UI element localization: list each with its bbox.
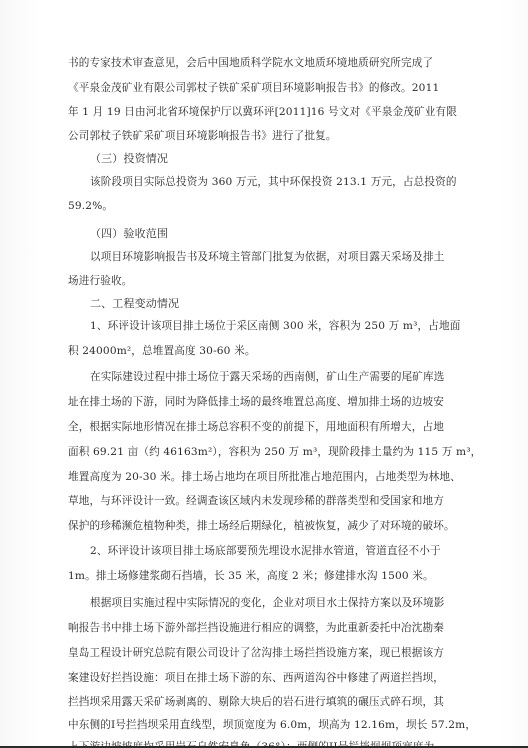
body-line: 书的专家技术审查意见，会后中国地质科学院水文地质环境地质研究所完成了 bbox=[68, 56, 438, 70]
body-line: 在实际建设过程中排土场位于露天采场的西南侧，矿山生产需要的尾矿库选 bbox=[90, 370, 460, 384]
body-line: 拦挡坝采用露天采矿场剥离的、剔除大块后的岩石进行填筑的碾压式碎石坝，其 bbox=[68, 695, 438, 709]
body-line: 址在排土场的下游，同时为降低排土场的最终堆置总高度、增加排土场的边坡安 bbox=[68, 395, 438, 409]
body-line: 公司郭杖子铁矿采矿项目环境影响报告书》进行了批复。 bbox=[68, 129, 438, 143]
section-heading-changes: 二、工程变动情况 bbox=[90, 297, 460, 311]
body-line: 1、环评设计该项目排土场位于采区南侧 300 米，容积为 250 万 m³，占地… bbox=[90, 319, 460, 333]
section-heading-scope: （四）验收范围 bbox=[90, 227, 460, 241]
body-line: 1m。排土场修建浆砌石挡墙，长 35 米，高度 2 米；修建排水沟 1500 米… bbox=[68, 569, 438, 583]
body-line: 以项目环境影响报告书及环境主管部门批复为依据，对项目露天采场及排土 bbox=[90, 250, 460, 264]
body-line: 《平泉金茂矿业有限公司郭杖子铁矿采矿项目环境影响报告书》的修改。2011 bbox=[68, 81, 438, 95]
body-line: 全，根据实际地形情况在排土场总容积不变的前提下，用地面积有所增大，占地 bbox=[68, 420, 438, 434]
body-line: 2、环评设计该项目排土场底部要预先埋设水泥排水管道，管道直径不小于 bbox=[90, 544, 460, 558]
body-line: 该阶段项目实际总投资为 360 万元，其中环保投资 213.1 万元，占总投资的 bbox=[90, 175, 460, 189]
body-line: 59.2%。 bbox=[68, 199, 438, 213]
body-line: 积 24000m²，总堆置高度 30-60 米。 bbox=[68, 344, 438, 358]
body-line: 皇岛工程设计研究总院有限公司设计了岔沟排土场拦挡设施方案，现已根据该方 bbox=[68, 646, 438, 660]
body-line: 场进行验收。 bbox=[68, 274, 438, 288]
body-line: 根据项目实施过程中实际情况的变化，企业对项目水土保持方案以及环境影 bbox=[90, 596, 460, 610]
body-line: 年 1 月 19 日由河北省环境保护厅以冀环评[2011]16 号文对《平泉金茂… bbox=[68, 105, 438, 119]
body-line: 响报告书中排土场下游外部拦挡设施进行相应的调整，为此重新委托中冶沈勘秦 bbox=[68, 621, 438, 635]
body-line: 中东侧的I号拦挡坝采用直线型，坝顶宽度为 6.0m，坝高为 12.16m，坝长 … bbox=[68, 718, 438, 732]
body-line: 面积 69.21 亩（约 46163m²），容积为 250 万 m³，现阶段排土… bbox=[68, 445, 438, 459]
body-line: 草地，与环评设计一致。经调查该区域内未发现珍稀的群落类型和受国家和地方 bbox=[68, 494, 438, 508]
body-line: 堆置高度为 20-30 米。排土场占地均在项目所批准占地范围内，占地类型为林地、 bbox=[68, 470, 438, 484]
body-line: 保护的珍稀濒危植物种类，排土场经后期绿化，植被恢复，减少了对环境的破坏。 bbox=[68, 519, 438, 533]
body-line: 案建设好拦挡设施：项目在排土场下游的东、西两道沟谷中修建了两道拦挡坝， bbox=[68, 671, 438, 685]
section-heading-investment: （三）投资情况 bbox=[90, 152, 460, 166]
document-page: 书的专家技术审查意见，会后中国地质科学院水文地质环境地质研究所完成了 《平泉金茂… bbox=[0, 0, 528, 746]
